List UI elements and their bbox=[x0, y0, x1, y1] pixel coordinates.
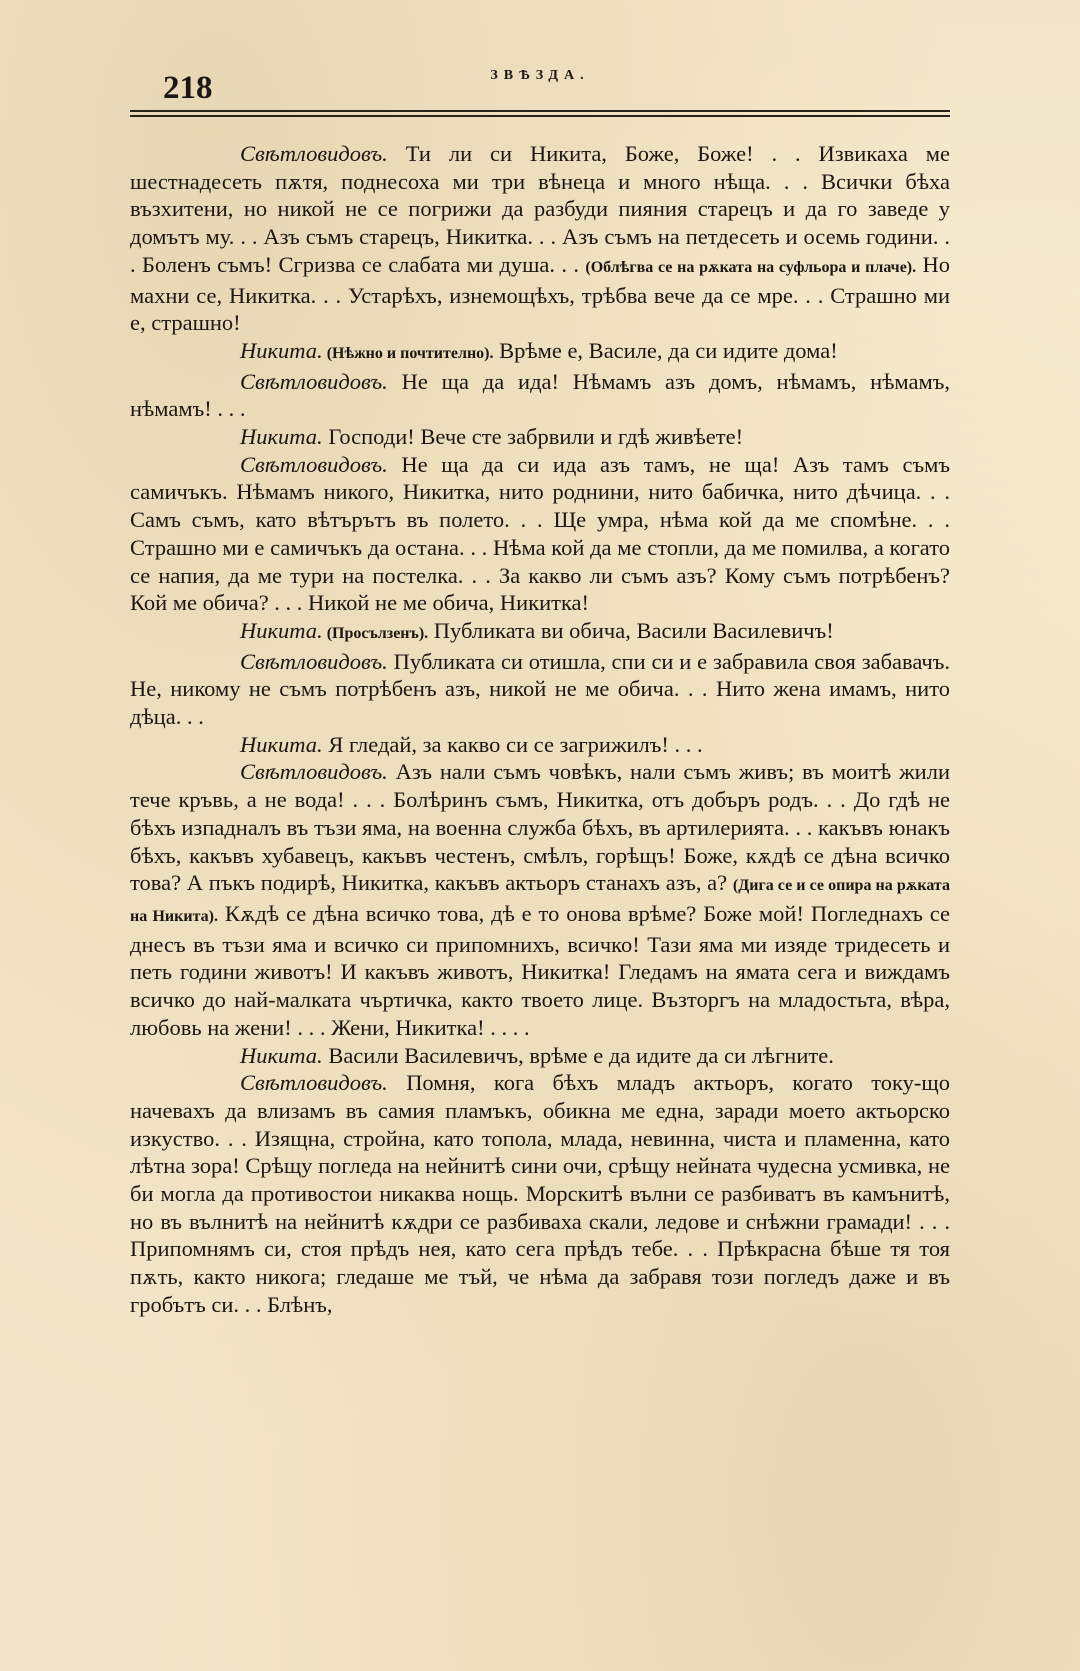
running-title: ЗВѢЗДА. bbox=[130, 68, 950, 84]
speaker-name: Свѣтловидовъ. bbox=[240, 649, 388, 674]
speaker-name: Никита. bbox=[240, 1043, 323, 1068]
speaker-name: Свѣтловидовъ. bbox=[240, 452, 388, 477]
dialogue-paragraph: Свѣтловидовъ. Публиката си отишла, спи с… bbox=[130, 648, 950, 731]
dialogue-paragraph: Никита. Васили Василевичъ, врѣме е да ид… bbox=[130, 1042, 950, 1070]
dialogue-paragraph: Никита. (Просълзенъ). Публиката ви обича… bbox=[130, 617, 950, 648]
dialogue-paragraph: Свѣтловидовъ. Азъ нали съмъ човѣкъ, нали… bbox=[130, 758, 950, 1041]
stage-direction: (Облѣгва се на рѫката на суфльора и плач… bbox=[585, 259, 916, 276]
speaker-name: Свѣтловидовъ. bbox=[240, 369, 388, 394]
stage-direction: (Просълзенъ). bbox=[323, 625, 428, 642]
header-double-rule bbox=[130, 110, 950, 117]
dialogue-text: Васили Василевичъ, врѣме е да идите да с… bbox=[323, 1043, 834, 1068]
dialogue-paragraph: Свѣтловидовъ. Не ща да ида! Нѣмамъ азъ д… bbox=[130, 368, 950, 423]
dialogue-paragraph: Свѣтловидовъ. Помня, кога бѣхъ младъ акт… bbox=[130, 1069, 950, 1318]
dialogue-paragraph: Свѣтловидовъ. Не ща да си ида азъ тамъ, … bbox=[130, 451, 950, 617]
speaker-name: Никита. bbox=[240, 338, 323, 363]
body-text: Свѣтловидовъ. Ти ли си Никита, Боже, Бож… bbox=[130, 140, 950, 1319]
speaker-name: Свѣтловидовъ. bbox=[240, 759, 388, 784]
dialogue-paragraph: Никита. Я гледай, за какво си се загрижи… bbox=[130, 731, 950, 759]
dialogue-paragraph: Никита. Господи! Вече сте забрвили и гдѣ… bbox=[130, 423, 950, 451]
speaker-name: Свѣтловидовъ. bbox=[240, 1070, 388, 1095]
dialogue-paragraph: Никита. (Нѣжно и почтително). Врѣме е, В… bbox=[130, 337, 950, 368]
speaker-name: Никита. bbox=[240, 424, 323, 449]
speaker-name: Никита. bbox=[240, 618, 323, 643]
dialogue-text: Я гледай, за какво си се загрижилъ! . . … bbox=[323, 732, 703, 757]
dialogue-paragraph: Свѣтловидовъ. Ти ли си Никита, Боже, Бож… bbox=[130, 140, 950, 337]
dialogue-text: Господи! Вече сте забрвили и гдѣ живѣете… bbox=[323, 424, 743, 449]
dialogue-text: Врѣме е, Василе, да си идите дома! bbox=[494, 338, 838, 363]
dialogue-text: Помня, кога бѣхъ младъ актьоръ, когато т… bbox=[130, 1070, 950, 1317]
dialogue-text: Публиката ви обича, Васили Василевичъ! bbox=[428, 618, 834, 643]
stage-direction: (Нѣжно и почтително). bbox=[323, 345, 494, 362]
speaker-name: Свѣтловидовъ. bbox=[240, 141, 388, 166]
page: 218 ЗВѢЗДА. Свѣтловидовъ. Ти ли си Никит… bbox=[130, 60, 950, 108]
page-header: 218 ЗВѢЗДА. bbox=[130, 60, 950, 108]
speaker-name: Никита. bbox=[240, 732, 323, 757]
dialogue-text: Кѫдѣ се дѣна всичко това, дѣ е то онова … bbox=[130, 901, 950, 1040]
